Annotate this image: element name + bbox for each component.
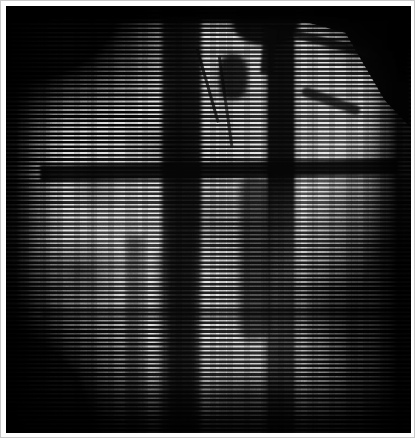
film-grain-texture (6, 6, 411, 433)
window-blinds-photo (6, 6, 411, 433)
photo-frame (0, 0, 415, 438)
